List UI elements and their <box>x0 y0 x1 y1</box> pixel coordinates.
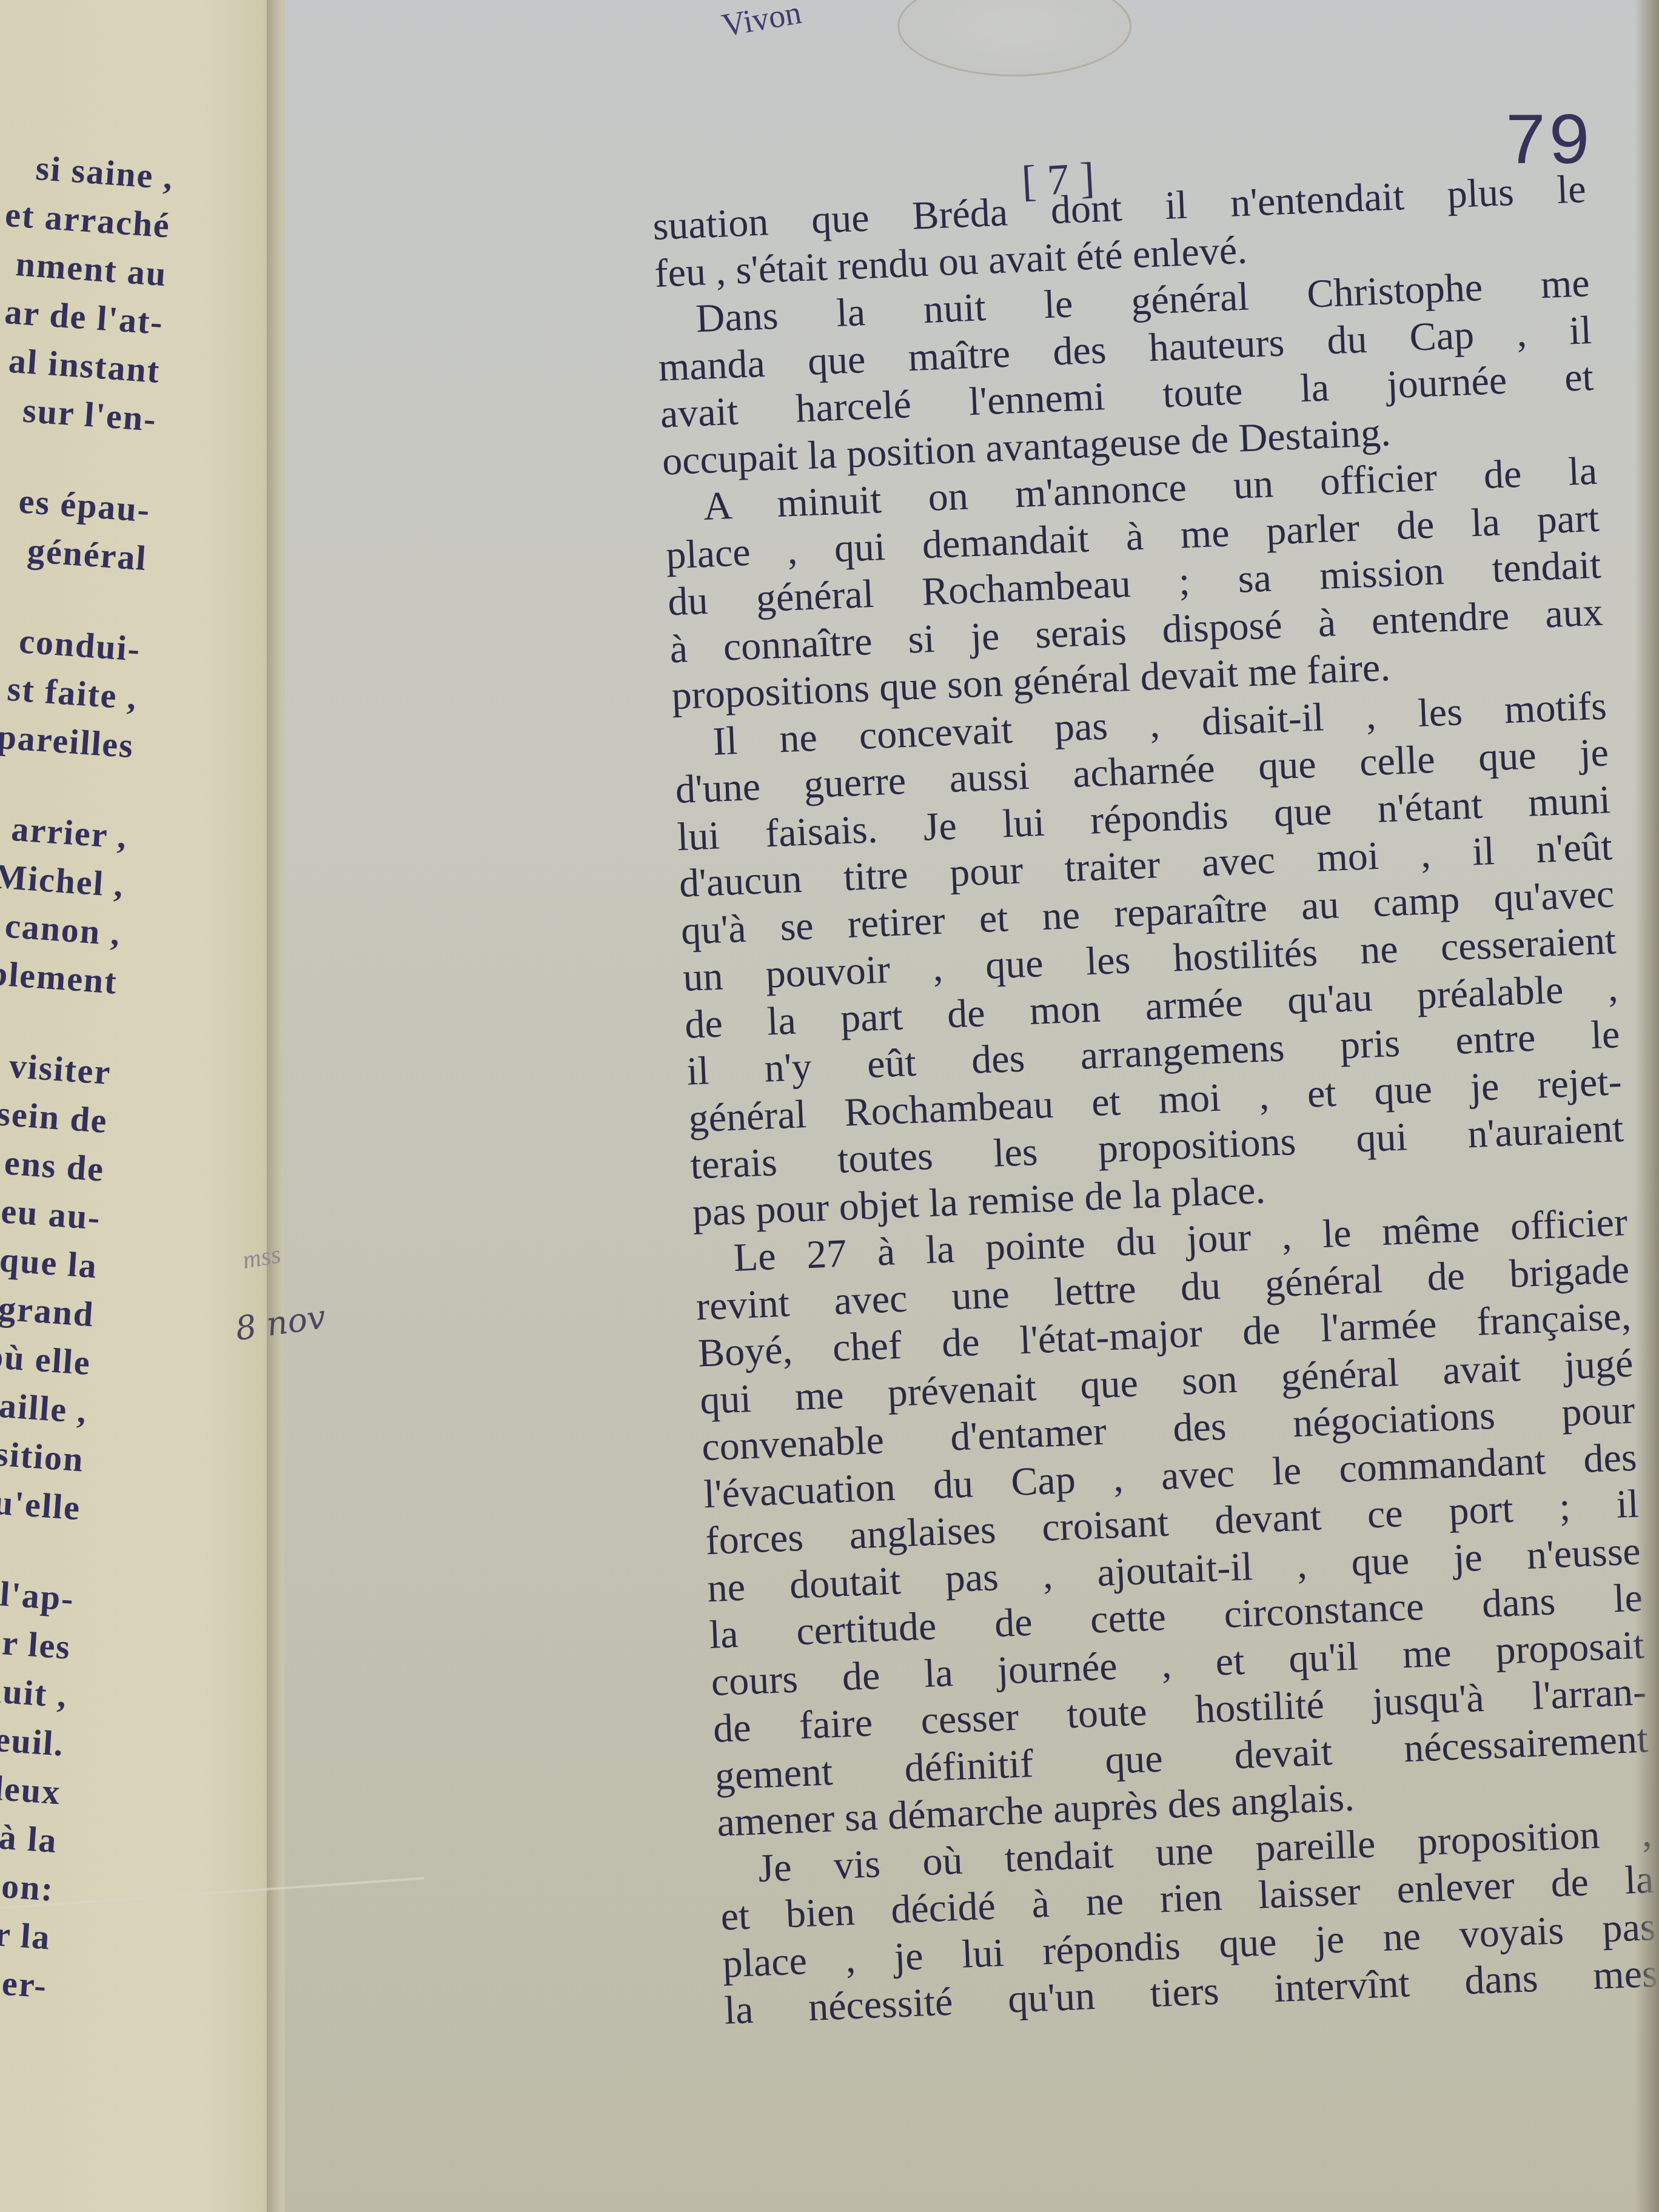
paragraph: Le 27 à la pointe du jour , le même offi… <box>693 1199 1651 1846</box>
right-page: Vivon 79 [ 7 ] suation que Bréda dont il… <box>285 0 1659 2212</box>
top-tab-label: Vivon <box>719 0 805 44</box>
paragraph: Je vis où tendait une pareille propositi… <box>718 1809 1658 2035</box>
paragraph: A minuit on m'annonce un officier de lap… <box>663 447 1606 720</box>
left-facing-page: si saine ,et arrachénment auar de l'at-a… <box>0 0 285 2212</box>
paragraph: Il ne concevait pas , disait-il , les mo… <box>672 682 1626 1236</box>
paper-stain <box>897 0 1131 76</box>
paragraph: Dans la nuit le général Christophe meman… <box>655 260 1596 485</box>
body-text: suation que Bréda dont il n'entendait pl… <box>652 166 1658 2034</box>
page-edge-shadow <box>1635 0 1659 2212</box>
left-page-text-column: si saine ,et arrachénment auar de l'at-a… <box>0 139 175 2011</box>
